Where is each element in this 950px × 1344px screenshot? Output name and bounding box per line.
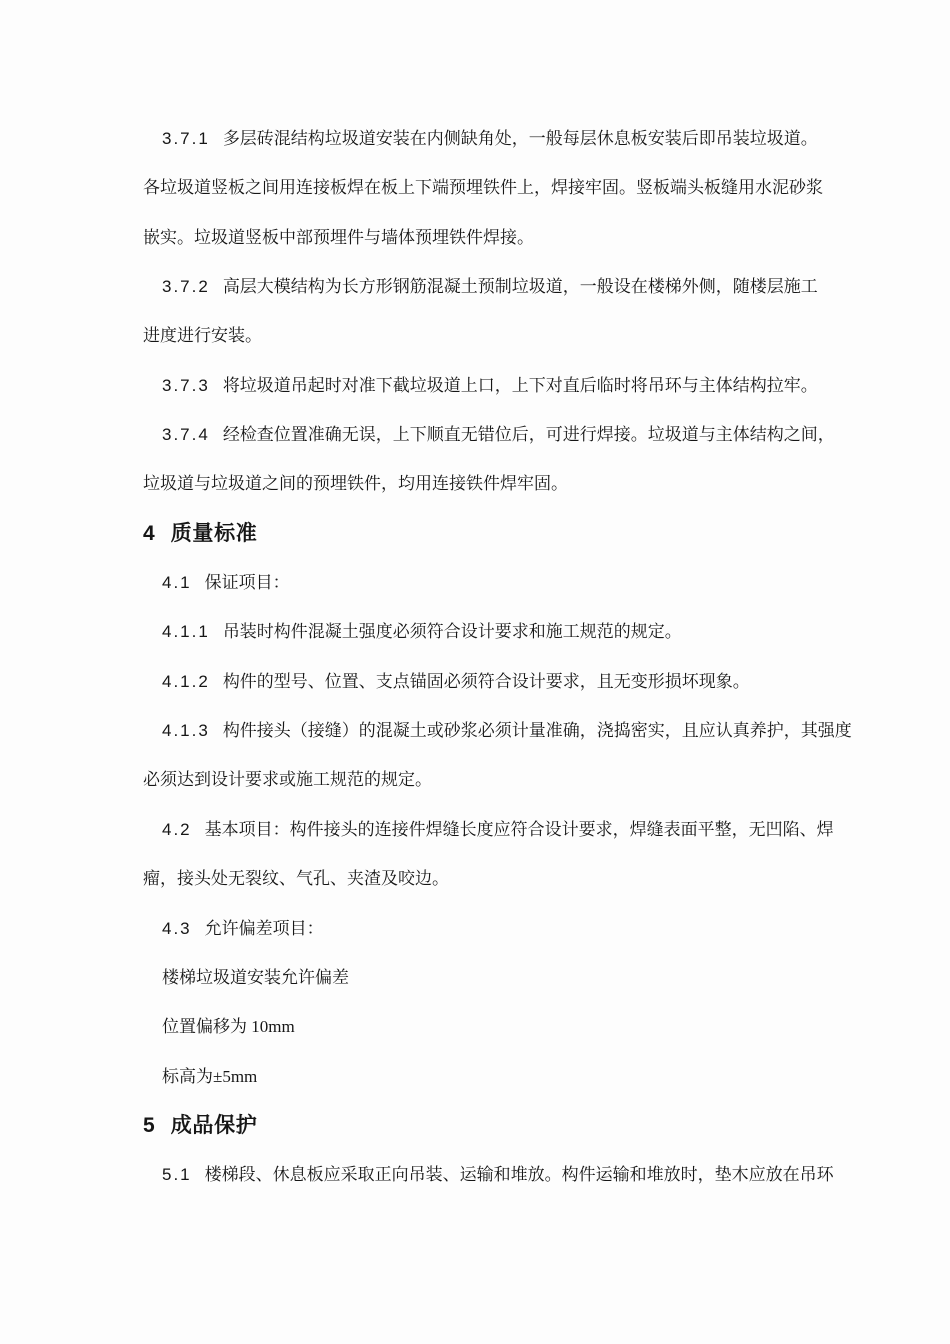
document-line: 4.3允许偏差项目： xyxy=(143,904,823,953)
document-line: 标高为±5mm xyxy=(143,1052,823,1101)
paragraph-number: 4.2 xyxy=(162,820,192,839)
document-line: 3.7.2高层大模结构为长方形钢筋混凝土预制垃圾道，一般设在楼梯外侧，随楼层施工 xyxy=(143,262,823,311)
paragraph-number: 4.1 xyxy=(162,573,192,592)
document-line: 必须达到设计要求或施工规范的规定。 xyxy=(143,755,823,804)
paragraph-number: 5 xyxy=(143,1114,155,1137)
document-line: 各垃圾道竖板之间用连接板焊在板上下端预埋铁件上，焊接牢固。竖板端头板缝用水泥砂浆 xyxy=(143,163,823,212)
line-text: 将垃圾道吊起时对准下截垃圾道上口，上下对直后临时将吊环与主体结构拉牢。 xyxy=(223,376,818,395)
document-line: 瘤，接头处无裂纹、气孔、夹渣及咬边。 xyxy=(143,854,823,903)
document-line: 垃圾道与垃圾道之间的预埋铁件，均用连接铁件焊牢固。 xyxy=(143,459,823,508)
line-text: 质量标准 xyxy=(171,522,258,545)
line-text: 吊装时构件混凝土强度必须符合设计要求和施工规范的规定。 xyxy=(223,622,682,641)
line-text: 垃圾道与垃圾道之间的预埋铁件，均用连接铁件焊牢固。 xyxy=(143,474,568,493)
line-text: 楼梯段、休息板应采取正向吊装、运输和堆放。构件运输和堆放时，垫木应放在吊环 xyxy=(205,1165,834,1184)
line-text: 标高为±5mm xyxy=(162,1067,257,1086)
line-text: 楼梯垃圾道安装允许偏差 xyxy=(162,968,349,987)
line-text: 成品保护 xyxy=(171,1114,258,1137)
section-heading: 5成品保护 xyxy=(143,1101,823,1150)
document-line: 4.1保证项目： xyxy=(143,558,823,607)
document-line: 3.7.3将垃圾道吊起时对准下截垃圾道上口，上下对直后临时将吊环与主体结构拉牢。 xyxy=(143,361,823,410)
line-text: 嵌实。垃圾道竖板中部预埋件与墙体预埋铁件焊接。 xyxy=(143,228,534,247)
line-text: 允许偏差项目： xyxy=(205,919,324,938)
line-text: 高层大模结构为长方形钢筋混凝土预制垃圾道，一般设在楼梯外侧，随楼层施工 xyxy=(223,277,818,296)
document-line: 3.7.4经检查位置准确无误，上下顺直无错位后，可进行焊接。垃圾道与主体结构之间… xyxy=(143,410,823,459)
paragraph-number: 4 xyxy=(143,522,155,545)
document-line: 嵌实。垃圾道竖板中部预埋件与墙体预埋铁件焊接。 xyxy=(143,213,823,262)
line-text: 进度进行安装。 xyxy=(143,326,262,345)
paragraph-number: 3.7.3 xyxy=(162,376,210,395)
document-line: 楼梯垃圾道安装允许偏差 xyxy=(143,953,823,1002)
document-line: 5.1楼梯段、休息板应采取正向吊装、运输和堆放。构件运输和堆放时，垫木应放在吊环 xyxy=(143,1150,823,1199)
line-text: 必须达到设计要求或施工规范的规定。 xyxy=(143,770,432,789)
paragraph-number: 5.1 xyxy=(162,1165,192,1184)
paragraph-number: 4.1.3 xyxy=(162,721,210,740)
line-text: 经检查位置准确无误，上下顺直无错位后，可进行焊接。垃圾道与主体结构之间， xyxy=(223,425,835,444)
line-text: 构件接头（接缝）的混凝土或砂浆必须计量准确，浇捣密实，且应认真养护，其强度 xyxy=(223,721,852,740)
document-line: 位置偏移为 10mm xyxy=(143,1002,823,1051)
paragraph-number: 4.3 xyxy=(162,919,192,938)
document-line: 4.2基本项目：构件接头的连接件焊缝长度应符合设计要求，焊缝表面平整，无凹陷、焊 xyxy=(143,805,823,854)
line-text: 位置偏移为 10mm xyxy=(162,1017,295,1036)
line-text: 多层砖混结构垃圾道安装在内侧缺角处，一般每层休息板安装后即吊装垃圾道。 xyxy=(223,129,818,148)
page-content: 3.7.1多层砖混结构垃圾道安装在内侧缺角处，一般每层休息板安装后即吊装垃圾道。… xyxy=(143,114,823,1200)
document-line: 4.1.1吊装时构件混凝土强度必须符合设计要求和施工规范的规定。 xyxy=(143,607,823,656)
document-line: 4.1.3构件接头（接缝）的混凝土或砂浆必须计量准确，浇捣密实，且应认真养护，其… xyxy=(143,706,823,755)
document-page: 3.7.1多层砖混结构垃圾道安装在内侧缺角处，一般每层休息板安装后即吊装垃圾道。… xyxy=(0,0,950,1344)
line-text: 构件的型号、位置、支点锚固必须符合设计要求，且无变形损坏现象。 xyxy=(223,672,750,691)
line-text: 保证项目： xyxy=(205,573,290,592)
paragraph-number: 3.7.2 xyxy=(162,277,210,296)
document-line: 进度进行安装。 xyxy=(143,311,823,360)
document-line: 4.1.2构件的型号、位置、支点锚固必须符合设计要求，且无变形损坏现象。 xyxy=(143,657,823,706)
paragraph-number: 3.7.4 xyxy=(162,425,210,444)
paragraph-number: 4.1.2 xyxy=(162,672,210,691)
section-heading: 4质量标准 xyxy=(143,509,823,558)
paragraph-number: 3.7.1 xyxy=(162,129,210,148)
line-text: 各垃圾道竖板之间用连接板焊在板上下端预埋铁件上，焊接牢固。竖板端头板缝用水泥砂浆 xyxy=(143,178,823,197)
paragraph-number: 4.1.1 xyxy=(162,622,210,641)
document-line: 3.7.1多层砖混结构垃圾道安装在内侧缺角处，一般每层休息板安装后即吊装垃圾道。 xyxy=(143,114,823,163)
line-text: 基本项目：构件接头的连接件焊缝长度应符合设计要求，焊缝表面平整，无凹陷、焊 xyxy=(205,820,834,839)
line-text: 瘤，接头处无裂纹、气孔、夹渣及咬边。 xyxy=(143,869,449,888)
